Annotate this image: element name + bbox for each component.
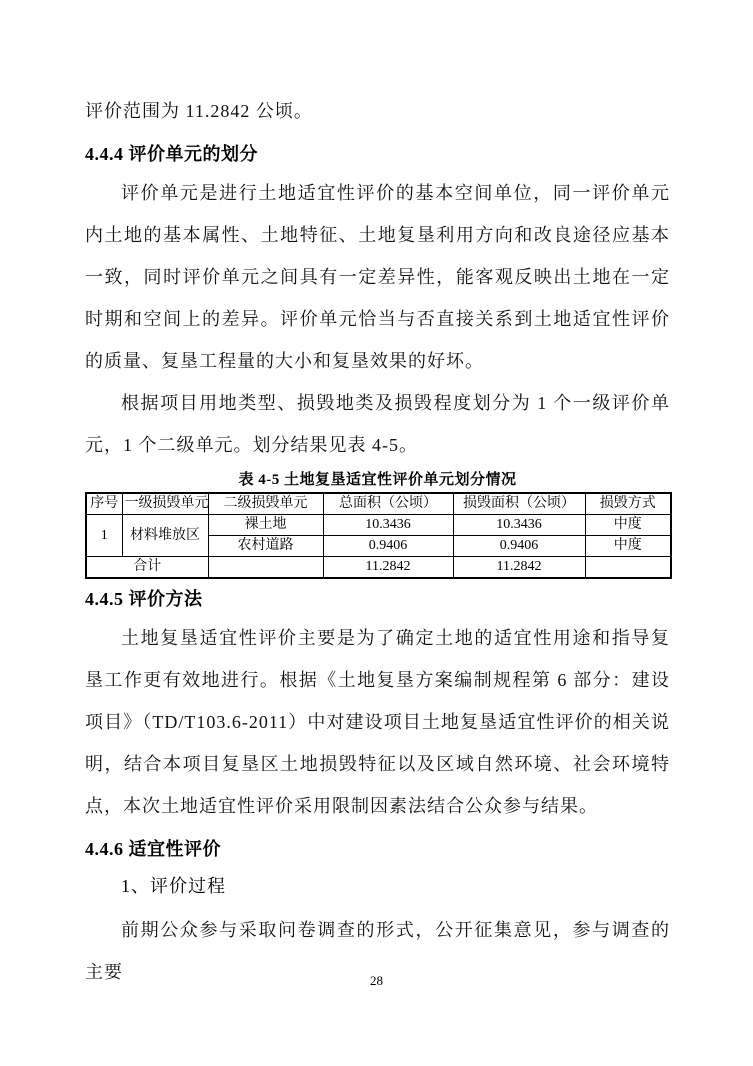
heading-4-4-4: 4.4.4 评价单元的划分 bbox=[85, 138, 670, 170]
cell-total-label: 合计 bbox=[86, 557, 208, 579]
table-row: 1 材料堆放区 裸土地 10.3436 10.3436 中度 bbox=[86, 515, 671, 536]
page-number: 28 bbox=[0, 972, 753, 990]
cell-damaged-area: 11.2842 bbox=[453, 557, 585, 579]
cell-total-area: 10.3436 bbox=[323, 515, 453, 536]
cell-damage-type: 中度 bbox=[585, 515, 671, 536]
paragraph-444-1: 评价单元是进行土地适宜性评价的基本空间单位，同一评价单元内土地的基本属性、土地特… bbox=[85, 172, 670, 382]
header-cell-total-area: 总面积（公顷） bbox=[323, 493, 453, 515]
cell-level2-unit: 农村道路 bbox=[208, 536, 323, 557]
header-cell-level2-unit: 二级损毁单元 bbox=[208, 493, 323, 515]
cell-damaged-area: 0.9406 bbox=[453, 536, 585, 557]
cell-level1-unit: 材料堆放区 bbox=[122, 515, 208, 557]
cell-level2-unit-empty bbox=[208, 557, 323, 579]
sub-heading-446-1: 1、评价过程 bbox=[85, 865, 670, 907]
header-cell-damaged-area: 损毁面积（公顷） bbox=[453, 493, 585, 515]
header-cell-level1-unit: 一级损毁单元 bbox=[122, 493, 208, 515]
leading-paragraph: 评价范围为 11.2842 公顷。 bbox=[85, 90, 670, 132]
header-cell-index: 序号 bbox=[86, 493, 122, 515]
cell-total-area: 0.9406 bbox=[323, 536, 453, 557]
table-header-row: 序号 一级损毁单元 二级损毁单元 总面积（公顷） 损毁面积（公顷） 损毁方式 bbox=[86, 493, 671, 515]
cell-index: 1 bbox=[86, 515, 122, 557]
cell-damage-type-empty bbox=[585, 557, 671, 579]
table-total-row: 合计 11.2842 11.2842 bbox=[86, 557, 671, 579]
cell-damage-type: 中度 bbox=[585, 536, 671, 557]
document-page: { "doc": { "leading_paragraph": "评价范围为 1… bbox=[0, 0, 753, 1066]
heading-4-4-6: 4.4.6 适宜性评价 bbox=[85, 833, 670, 865]
page-content: 评价范围为 11.2842 公顷。 4.4.4 评价单元的划分 评价单元是进行土… bbox=[85, 0, 670, 993]
cell-level2-unit: 裸土地 bbox=[208, 515, 323, 536]
header-cell-damage-type: 损毁方式 bbox=[585, 493, 671, 515]
table-4-5-caption: 表 4-5 土地复垦适宜性评价单元划分情况 bbox=[85, 468, 670, 492]
cell-damaged-area: 10.3436 bbox=[453, 515, 585, 536]
paragraph-444-2: 根据项目用地类型、损毁地类及损毁程度划分为 1 个一级评价单元，1 个二级单元。… bbox=[85, 382, 670, 466]
paragraph-445-1: 土地复垦适宜性评价主要是为了确定土地的适宜性用途和指导复垦工作更有效地进行。根据… bbox=[85, 617, 670, 827]
heading-4-4-5: 4.4.5 评价方法 bbox=[85, 583, 670, 615]
cell-total-area: 11.2842 bbox=[323, 557, 453, 579]
table-4-5: 序号 一级损毁单元 二级损毁单元 总面积（公顷） 损毁面积（公顷） 损毁方式 1… bbox=[85, 492, 672, 579]
